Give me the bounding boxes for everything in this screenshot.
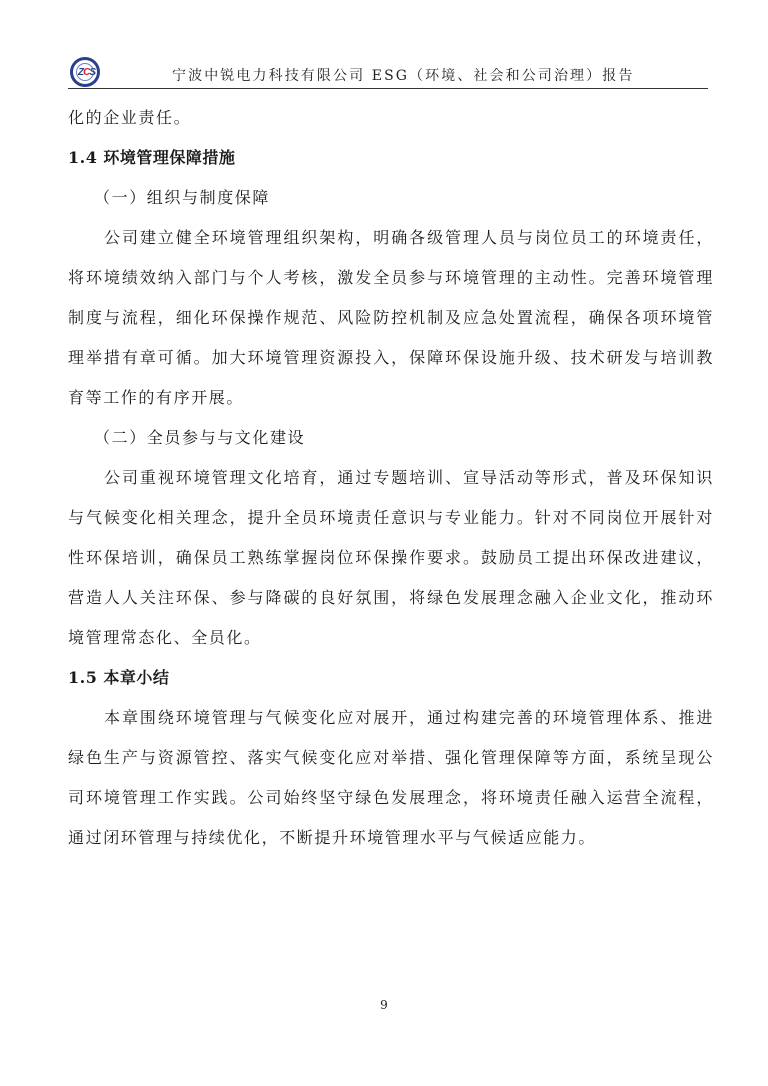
subsection-heading-2: （二）全员参与与文化建设 [68,418,714,458]
page-header: ZCS 宁波中锐电力科技有限公司 ESG（环境、社会和公司治理）报告 [68,55,708,89]
page-content: 化的企业责任。 1.4 环境管理保障措施 （一）组织与制度保障 公司建立健全环境… [68,98,714,858]
company-logo-icon: ZCS [70,57,100,87]
header-title: 宁波中锐电力科技有限公司 ESG（环境、社会和公司治理）报告 [172,65,634,85]
logo-mark: ZCS [78,67,95,78]
subsection-heading-1: （一）组织与制度保障 [68,178,714,218]
continuation-text: 化的企业责任。 [68,98,714,138]
header-divider [68,88,708,89]
paragraph-summary: 本章围绕环境管理与气候变化应对展开，通过构建完善的环境管理体系、推进绿色生产与资… [68,698,714,858]
paragraph-organization: 公司建立健全环境管理组织架构，明确各级管理人员与岗位员工的环境责任，将环境绩效纳… [68,218,714,418]
section-heading-1-4: 1.4 环境管理保障措施 [68,138,714,178]
paragraph-culture: 公司重视环境管理文化培育，通过专题培训、宣导活动等形式，普及环保知识与气候变化相… [68,458,714,658]
section-heading-1-5: 1.5 本章小结 [68,658,714,698]
page-number: 9 [0,998,768,1012]
